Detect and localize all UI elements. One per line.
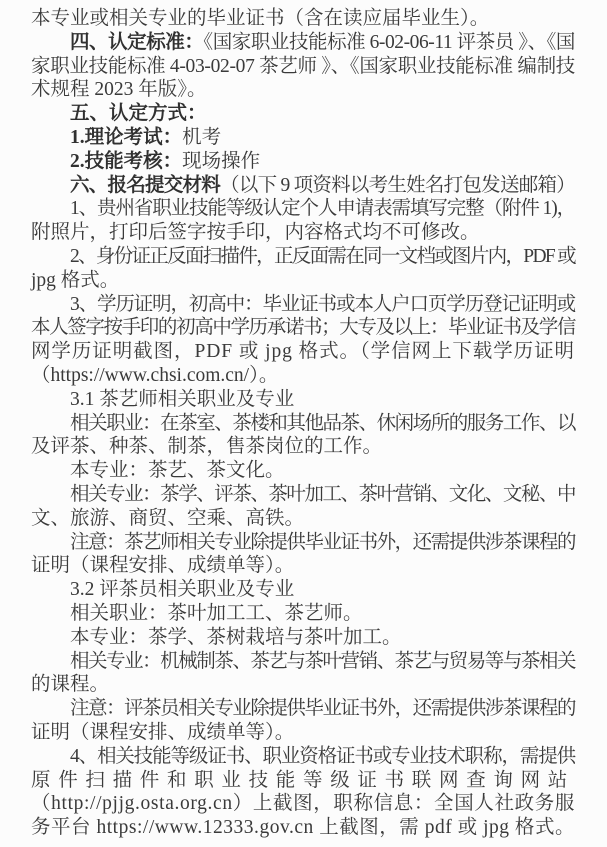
text-line: （https://www.chsi.com.cn/）。 bbox=[31, 364, 575, 388]
document-page: 本专业或相关专业的毕业证书（含在读应届毕业生）。四、认定标准：《国家职业技能标准… bbox=[0, 0, 607, 847]
text-line-content: 四、认定标准：《国家职业技能标准 6-02-06-11 评茶员 》、《国 bbox=[70, 31, 575, 55]
text-line: 证明（课程安排、成绩单等）。 bbox=[31, 721, 575, 745]
bold-text-segment: 五、认定方式： bbox=[70, 103, 207, 124]
text-segment: 本专业或相关专业的毕业证书（含在读应届毕业生）。 bbox=[31, 8, 489, 29]
text-segment: 3、学历证明，初高中：毕业证书或本人户口页学历登记证明或 bbox=[70, 294, 575, 315]
text-line-content: 家职业技能标准 4-03-02-07 茶艺师 》、《国家职业技能标准 编制技 bbox=[31, 55, 575, 79]
text-line-content: 3.2 评茶员相关职业及专业 bbox=[70, 578, 294, 602]
text-segment: 1、贵州省职业技能等级认定个人申请表需填写完整（附件 1)， bbox=[70, 198, 575, 219]
text-line: 务平台 https://www.12333.gov.cn 上截图，需 pdf 或… bbox=[31, 816, 575, 840]
text-line: 及评茶、种茶、制茶，售茶岗位的工作。 bbox=[31, 435, 575, 459]
text-line-content: 相关专业：茶学、评茶、茶叶加工、茶叶营销、文化、文秘、中 bbox=[70, 483, 575, 507]
text-segment: 证明（课程安排、成绩单等）。 bbox=[31, 722, 294, 743]
bold-text-segment: 2.技能考核： bbox=[70, 151, 182, 172]
text-line-content: 网学历证明截图，PDF 或 jpg 格式。（学信网上下载学历证明 bbox=[31, 340, 575, 364]
text-segment: 相关职业：在茶室、茶楼和其他品茶、休闲场所的服务工作、以 bbox=[70, 413, 575, 434]
text-segment: 务平台 https://www.12333.gov.cn 上截图，需 pdf 或… bbox=[31, 817, 575, 838]
text-line: 本专业：茶学、茶树栽培与茶叶加工。 bbox=[31, 626, 575, 650]
text-line-content: 4、相关技能等级证书、职业资格证书或专业技术职称，需提供 bbox=[70, 745, 575, 769]
text-segment: 网学历证明截图，PDF 或 jpg 格式。（学信网上下载学历证明 bbox=[31, 341, 575, 362]
text-line-content: 六、报名提交材料（以下 9 项资料以考生姓名打包发送邮箱） bbox=[70, 174, 575, 198]
text-segment: （http://pjjg.osta.org.cn）上截图，职称信息：全国人社政务… bbox=[31, 793, 575, 814]
text-line-content: （https://www.chsi.com.cn/）。 bbox=[31, 364, 278, 388]
text-line: 相关职业：茶叶加工工、茶艺师。 bbox=[31, 602, 575, 626]
text-line: 五、认定方式： bbox=[31, 102, 575, 126]
text-segment: 相关职业：茶叶加工工、茶艺师。 bbox=[70, 603, 363, 624]
text-segment: 2、身份证正反面扫描件，正反面需在同一文档或图片内，PDF 或 bbox=[70, 246, 575, 267]
text-segment: 相关专业：茶学、评茶、茶叶加工、茶叶营销、文化、文秘、中 bbox=[70, 484, 575, 505]
text-line-content: 务平台 https://www.12333.gov.cn 上截图，需 pdf 或… bbox=[31, 816, 575, 840]
text-line: 本专业或相关专业的毕业证书（含在读应届毕业生）。 bbox=[31, 7, 575, 31]
text-line-content: （http://pjjg.osta.org.cn）上截图，职称信息：全国人社政务… bbox=[31, 792, 575, 816]
text-line-content: 本专业：茶学、茶树栽培与茶叶加工。 bbox=[70, 626, 402, 650]
text-line-content: 2、身份证正反面扫描件，正反面需在同一文档或图片内，PDF 或 bbox=[70, 245, 575, 269]
text-line: 相关专业：机械制茶、茶艺与茶叶营销、茶艺与贸易等与茶相关 bbox=[31, 650, 575, 674]
text-line-content: 3、学历证明，初高中：毕业证书或本人户口页学历登记证明或 bbox=[70, 293, 575, 317]
text-line-content: 的课程。 bbox=[31, 673, 109, 697]
bold-text-segment: 四、认定标准： bbox=[70, 32, 203, 53]
text-line-content: 2.技能考核：现场操作 bbox=[70, 150, 260, 174]
text-line-content: 注意：评茶员相关专业除提供毕业证书外，还需提供涉茶课程的 bbox=[70, 697, 575, 721]
text-line: 本人签字按手印的初高中学历承诺书；大专及以上：毕业证书及学信 bbox=[31, 316, 575, 340]
text-line-content: 本人签字按手印的初高中学历承诺书；大专及以上：毕业证书及学信 bbox=[31, 316, 575, 340]
text-segment: 注意：茶艺师相关专业除提供毕业证书外，还需提供涉茶课程的 bbox=[70, 532, 575, 553]
text-line: 2、身份证正反面扫描件，正反面需在同一文档或图片内，PDF 或 bbox=[31, 245, 575, 269]
text-line-content: 术规程 2023 年版》。 bbox=[31, 78, 207, 102]
text-line: 附照片，打印后签字按手印，内容格式均不可修改。 bbox=[31, 221, 575, 245]
text-segment: 的课程。 bbox=[31, 674, 109, 695]
text-line: 相关职业：在茶室、茶楼和其他品茶、休闲场所的服务工作、以 bbox=[31, 412, 575, 436]
text-line-content: 证明（课程安排、成绩单等）。 bbox=[31, 554, 294, 578]
text-segment: 文、旅游、商贸、空乘、高铁。 bbox=[31, 508, 304, 529]
text-line: 文、旅游、商贸、空乘、高铁。 bbox=[31, 507, 575, 531]
text-segment: 机考 bbox=[182, 127, 221, 148]
text-segment: （以下 9 项资料以考生姓名打包发送邮箱） bbox=[220, 175, 575, 196]
text-segment: 原件扫描件和职业技能等级证书联网查询网站 bbox=[31, 770, 575, 791]
text-line: 4、相关技能等级证书、职业资格证书或专业技术职称，需提供 bbox=[31, 745, 575, 769]
text-segment: 注意：评茶员相关专业除提供毕业证书外，还需提供涉茶课程的 bbox=[70, 698, 575, 719]
text-line: 家职业技能标准 4-03-02-07 茶艺师 》、《国家职业技能标准 编制技 bbox=[31, 55, 575, 79]
text-line: 2.技能考核：现场操作 bbox=[31, 150, 575, 174]
text-segment: 相关专业：机械制茶、茶艺与茶叶营销、茶艺与贸易等与茶相关 bbox=[70, 651, 575, 672]
text-line-content: 本专业：茶艺、茶文化。 bbox=[70, 459, 285, 483]
text-segment: 证明（课程安排、成绩单等）。 bbox=[31, 555, 294, 576]
text-line-content: 及评茶、种茶、制茶，售茶岗位的工作。 bbox=[31, 435, 382, 459]
text-line: 证明（课程安排、成绩单等）。 bbox=[31, 554, 575, 578]
text-line-content: 本专业或相关专业的毕业证书（含在读应届毕业生）。 bbox=[31, 7, 489, 31]
text-segment: 本专业：茶学、茶树栽培与茶叶加工。 bbox=[70, 627, 402, 648]
text-line-content: jpg 格式。 bbox=[31, 269, 119, 293]
text-line: 原件扫描件和职业技能等级证书联网查询网站 bbox=[31, 769, 575, 793]
text-line: 注意：茶艺师相关专业除提供毕业证书外，还需提供涉茶课程的 bbox=[31, 531, 575, 555]
text-segment: 现场操作 bbox=[182, 151, 260, 172]
bold-text-segment: 1.理论考试： bbox=[70, 127, 182, 148]
text-line: 网学历证明截图，PDF 或 jpg 格式。（学信网上下载学历证明 bbox=[31, 340, 575, 364]
text-line-content: 相关职业：茶叶加工工、茶艺师。 bbox=[70, 602, 363, 626]
text-line: 3、学历证明，初高中：毕业证书或本人户口页学历登记证明或 bbox=[31, 293, 575, 317]
text-segment: 家职业技能标准 4-03-02-07 茶艺师 》、《国家职业技能标准 编制技 bbox=[31, 56, 575, 77]
text-line: 注意：评茶员相关专业除提供毕业证书外，还需提供涉茶课程的 bbox=[31, 697, 575, 721]
text-line: jpg 格式。 bbox=[31, 269, 575, 293]
text-segment: 本人签字按手印的初高中学历承诺书；大专及以上：毕业证书及学信 bbox=[31, 317, 575, 338]
text-segment: jpg 格式。 bbox=[31, 270, 119, 291]
text-segment: 3.2 评茶员相关职业及专业 bbox=[70, 579, 294, 600]
text-line: 四、认定标准：《国家职业技能标准 6-02-06-11 评茶员 》、《国 bbox=[31, 31, 575, 55]
text-line-content: 证明（课程安排、成绩单等）。 bbox=[31, 721, 294, 745]
text-line: 六、报名提交材料（以下 9 项资料以考生姓名打包发送邮箱） bbox=[31, 174, 575, 198]
text-segment: 3.1 茶艺师相关职业及专业 bbox=[70, 389, 294, 410]
text-line-content: 1.理论考试：机考 bbox=[70, 126, 221, 150]
text-line-content: 文、旅游、商贸、空乘、高铁。 bbox=[31, 507, 304, 531]
text-line-content: 注意：茶艺师相关专业除提供毕业证书外，还需提供涉茶课程的 bbox=[70, 531, 575, 555]
text-line: 3.1 茶艺师相关职业及专业 bbox=[31, 388, 575, 412]
text-line: （http://pjjg.osta.org.cn）上截图，职称信息：全国人社政务… bbox=[31, 792, 575, 816]
text-line: 1、贵州省职业技能等级认定个人申请表需填写完整（附件 1)， bbox=[31, 197, 575, 221]
text-line-content: 附照片，打印后签字按手印，内容格式均不可修改。 bbox=[31, 221, 480, 245]
text-segment: 及评茶、种茶、制茶，售茶岗位的工作。 bbox=[31, 436, 382, 457]
text-line-content: 五、认定方式： bbox=[70, 102, 207, 126]
text-line: 3.2 评茶员相关职业及专业 bbox=[31, 578, 575, 602]
text-segment: 《国家职业技能标准 6-02-06-11 评茶员 》、《国 bbox=[203, 32, 575, 53]
text-line-content: 相关职业：在茶室、茶楼和其他品茶、休闲场所的服务工作、以 bbox=[70, 412, 575, 436]
text-line-content: 相关专业：机械制茶、茶艺与茶叶营销、茶艺与贸易等与茶相关 bbox=[70, 650, 575, 674]
text-segment: 本专业：茶艺、茶文化。 bbox=[70, 460, 285, 481]
text-line: 本专业：茶艺、茶文化。 bbox=[31, 459, 575, 483]
text-segment: （https://www.chsi.com.cn/）。 bbox=[31, 365, 278, 386]
text-line: 相关专业：茶学、评茶、茶叶加工、茶叶营销、文化、文秘、中 bbox=[31, 483, 575, 507]
bold-text-segment: 六、报名提交材料 bbox=[70, 175, 220, 196]
text-segment: 术规程 2023 年版》。 bbox=[31, 79, 207, 100]
text-line: 术规程 2023 年版》。 bbox=[31, 78, 575, 102]
text-segment: 附照片，打印后签字按手印，内容格式均不可修改。 bbox=[31, 222, 480, 243]
text-segment: 4、相关技能等级证书、职业资格证书或专业技术职称，需提供 bbox=[70, 746, 575, 767]
text-line: 的课程。 bbox=[31, 673, 575, 697]
text-line: 1.理论考试：机考 bbox=[31, 126, 575, 150]
text-line-content: 原件扫描件和职业技能等级证书联网查询网站 bbox=[31, 769, 575, 793]
text-line-content: 3.1 茶艺师相关职业及专业 bbox=[70, 388, 294, 412]
text-line-content: 1、贵州省职业技能等级认定个人申请表需填写完整（附件 1)， bbox=[70, 197, 575, 221]
